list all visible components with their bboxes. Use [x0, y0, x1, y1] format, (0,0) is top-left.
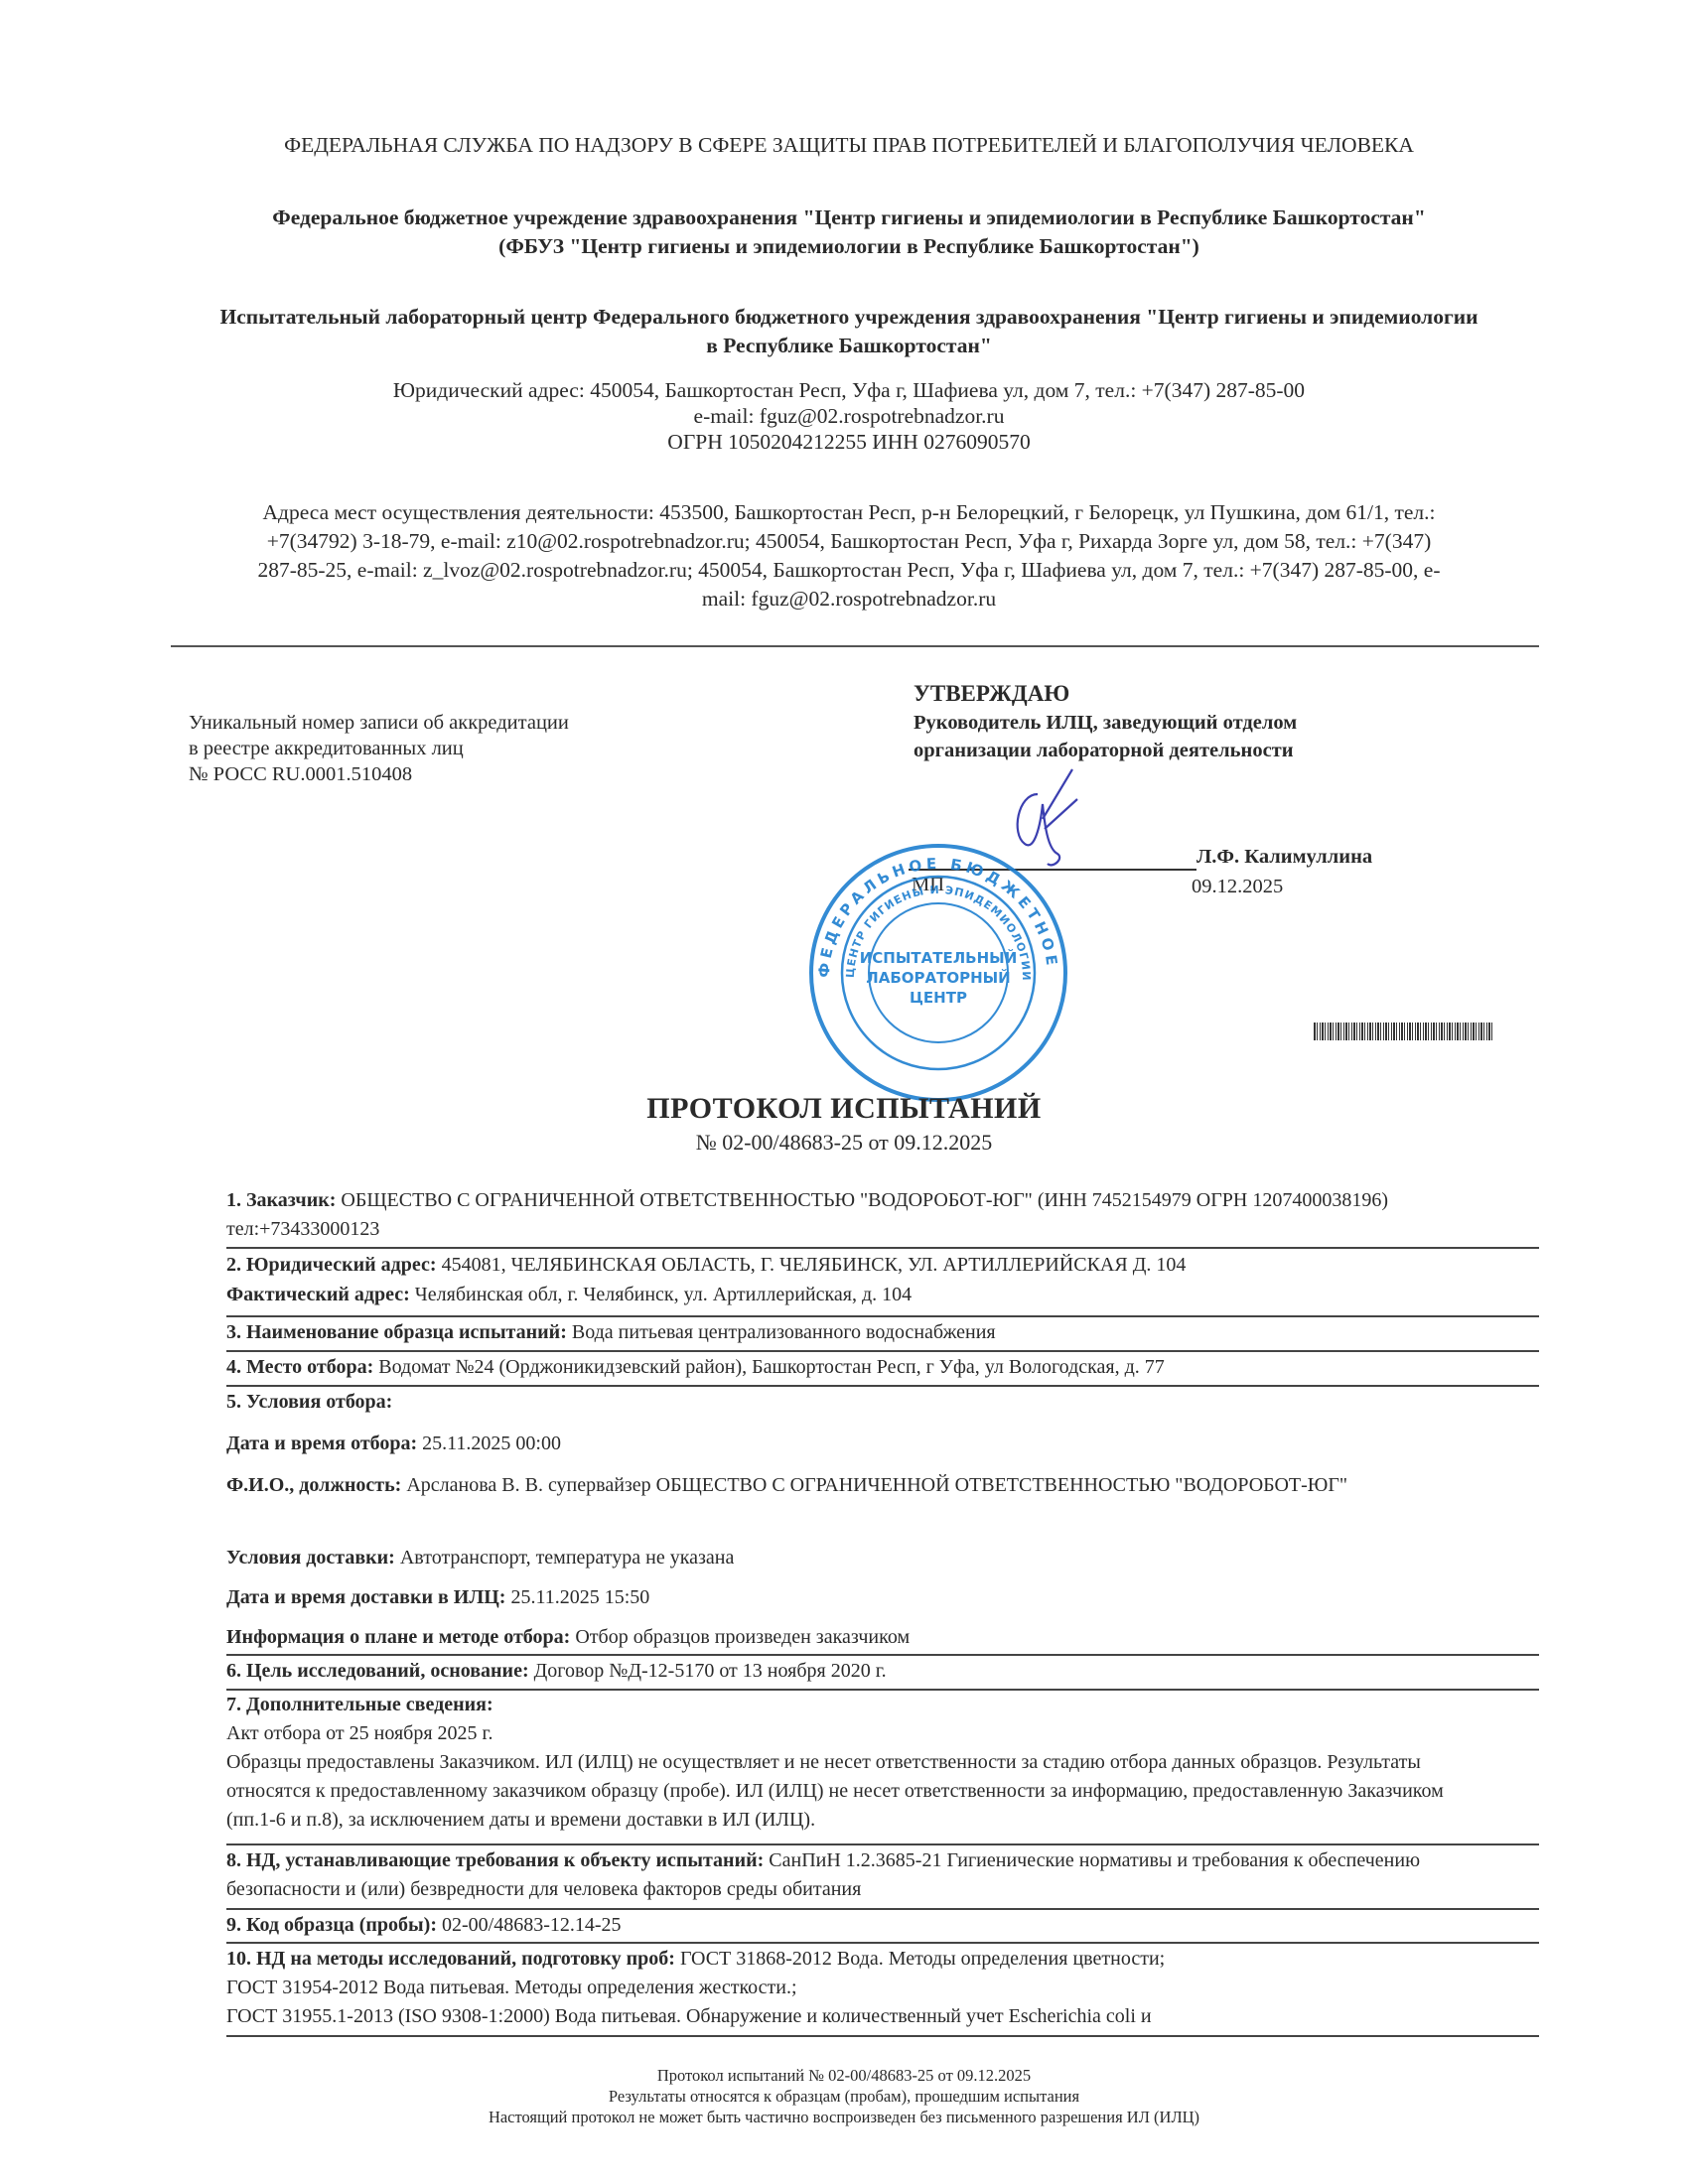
section-label: 9. Код образца (пробы): — [226, 1914, 437, 1936]
approval-title: УТВЕРЖДАЮ — [914, 679, 1297, 709]
section-purpose: 6. Цель исследований, основание: Договор… — [226, 1657, 1507, 1686]
accreditation-number: № РОСС RU.0001.510408 — [189, 761, 569, 787]
approval-position-line2: организации лабораторной деятельности — [914, 737, 1297, 764]
divider — [226, 1247, 1539, 1249]
section-sampling-place: 4. Место отбора: Водомат №24 (Орджоникид… — [226, 1353, 1507, 1382]
approval-position-line1: Руководитель ИЛЦ, заведующий отделом — [914, 709, 1297, 737]
section-value: Вода питьевая централизованного водоснаб… — [567, 1321, 996, 1343]
approval-date: 09.12.2025 — [1192, 876, 1283, 898]
divider — [226, 1908, 1539, 1910]
section-value: 25.11.2025 15:50 — [505, 1586, 649, 1608]
section-requirements-docs: 8. НД, устанавливающие требования к объе… — [226, 1846, 1507, 1904]
divider — [226, 1385, 1539, 1387]
section-label: 6. Цель исследований, основание: — [226, 1660, 529, 1682]
ogrn-inn: ОГРН 1050204212255 ИНН 0276090570 — [218, 429, 1479, 455]
divider — [226, 1942, 1539, 1944]
sampling-act: Акт отбора от 25 ноября 2025 г. — [226, 1719, 1507, 1748]
footer-protocol-ref: Протокол испытаний № 02-00/48683-25 от 0… — [298, 2065, 1390, 2086]
laboratory-name: Испытательный лабораторный центр Федерал… — [218, 303, 1479, 360]
section-label: Ф.И.О., должность: — [226, 1474, 401, 1496]
divider — [226, 2035, 1539, 2037]
barcode — [1314, 1023, 1492, 1040]
section-label: 8. НД, устанавливающие требования к объе… — [226, 1849, 764, 1871]
section-label: Фактический адрес: — [226, 1284, 410, 1305]
section-label: Дата и время отбора: — [226, 1433, 417, 1454]
section-value: 25.11.2025 00:00 — [417, 1433, 561, 1454]
delivery-datetime: Дата и время доставки в ИЛЦ: 25.11.2025 … — [226, 1583, 1507, 1612]
organization-name: Федеральное бюджетное учреждение здравоо… — [218, 204, 1479, 232]
activity-addresses: Адреса мест осуществления деятельности: … — [248, 498, 1450, 614]
section-value: 02-00/48683-12.14-25 — [437, 1914, 622, 1936]
method-item: ГОСТ 31955.1-2013 (ISO 9308-1:2000) Вода… — [226, 2002, 1507, 2031]
section-label: Информация о плане и методе отбора: — [226, 1626, 570, 1648]
seal-stamp-icon: ФЕДЕРАЛЬНОЕ БЮДЖЕТНОЕ УЧРЕЖДЕНИЕ ЗДРАВОО… — [794, 839, 1082, 1107]
sampling-person: Ф.И.О., должность: Арсланова В. В. супер… — [226, 1471, 1507, 1500]
section-value: Арсланова В. В. супервайзер ОБЩЕСТВО С О… — [401, 1474, 1347, 1496]
section-methods-docs: 10. НД на методы исследований, подготовк… — [226, 1945, 1507, 2031]
section-value: Челябинская обл, г. Челябинск, ул. Артил… — [410, 1284, 912, 1305]
organization-short-name: (ФБУЗ "Центр гигиены и эпидемиологии в Р… — [218, 232, 1479, 261]
divider — [226, 1315, 1539, 1317]
accreditation-line2: в реестре аккредитованных лиц — [189, 736, 569, 761]
section-label: 1. Заказчик: — [226, 1189, 336, 1211]
stamp-center-line2: ЛАБОРАТОРНЫЙ — [866, 968, 1010, 987]
footer-results-note: Результаты относятся к образцам (пробам)… — [298, 2086, 1390, 2107]
legal-address: Юридический адрес: 450054, Башкортостан … — [218, 377, 1479, 403]
organization-header: Федеральное бюджетное учреждение здравоо… — [218, 204, 1479, 261]
stamp-center-line1: ИСПЫТАТЕЛЬНЫЙ — [860, 948, 1018, 967]
approver-name: Л.Ф. Калимуллина — [1196, 846, 1372, 869]
approval-block: УТВЕРЖДАЮ Руководитель ИЛЦ, заведующий о… — [914, 679, 1297, 764]
accreditation-block: Уникальный номер записи об аккредитации … — [189, 710, 569, 787]
delivery-conditions: Условия доставки: Автотранспорт, темпера… — [226, 1544, 1507, 1572]
section-additional-info: 7. Дополнительные сведения: Акт отбора о… — [226, 1691, 1507, 1835]
section-label: 5. Условия отбора: — [226, 1391, 392, 1413]
section-sample-name: 3. Наименование образца испытаний: Вода … — [226, 1318, 1507, 1347]
agency-name: ФЕДЕРАЛЬНАЯ СЛУЖБА ПО НАДЗОРУ В СФЕРЕ ЗА… — [218, 131, 1479, 160]
section-actual-address: Фактический адрес: Челябинская обл, г. Ч… — [226, 1281, 1507, 1309]
page-footer: Протокол испытаний № 02-00/48683-25 от 0… — [298, 2065, 1390, 2127]
sampling-datetime: Дата и время отбора: 25.11.2025 00:00 — [226, 1430, 1507, 1458]
section-value: Отбор образцов произведен заказчиком — [570, 1626, 910, 1648]
section-label: 2. Юридический адрес: — [226, 1254, 437, 1276]
sampling-plan-info: Информация о плане и методе отбора: Отбо… — [226, 1623, 1507, 1652]
document-number: № 02-00/48683-25 от 09.12.2025 — [556, 1130, 1132, 1156]
accreditation-line1: Уникальный номер записи об аккредитации — [189, 710, 569, 736]
section-label: 3. Наименование образца испытаний: — [226, 1321, 567, 1343]
section-value: Водомат №24 (Орджоникидзевский район), Б… — [373, 1356, 1165, 1378]
divider — [226, 1843, 1539, 1845]
legal-address-block: Юридический адрес: 450054, Башкортостан … — [218, 377, 1479, 455]
section-value: 454081, ЧЕЛЯБИНСКАЯ ОБЛАСТЬ, Г. ЧЕЛЯБИНС… — [437, 1254, 1187, 1276]
stamp-center-line3: ЦЕНТР — [910, 989, 967, 1007]
divider — [226, 1654, 1539, 1656]
section-value: Договор №Д-12-5170 от 13 ноября 2020 г. — [529, 1660, 887, 1682]
section-customer: 1. Заказчик: ОБЩЕСТВО С ОГРАНИЧЕННОЙ ОТВ… — [226, 1186, 1507, 1244]
org-email: e-mail: fguz@02.rospotrebnadzor.ru — [218, 403, 1479, 429]
section-legal-address: 2. Юридический адрес: 454081, ЧЕЛЯБИНСКА… — [226, 1251, 1507, 1280]
header-divider — [171, 645, 1539, 647]
section-value: ГОСТ 31868-2012 Вода. Методы определения… — [675, 1948, 1165, 1970]
document-title: ПРОТОКОЛ ИСПЫТАНИЙ — [556, 1092, 1132, 1126]
section-label: 7. Дополнительные сведения: — [226, 1694, 493, 1715]
section-sampling-conditions: 5. Условия отбора: — [226, 1388, 1507, 1417]
section-label: 4. Место отбора: — [226, 1356, 373, 1378]
section-label: 10. НД на методы исследований, подготовк… — [226, 1948, 675, 1970]
section-label: Условия доставки: — [226, 1547, 395, 1569]
method-item: ГОСТ 31954-2012 Вода питьевая. Методы оп… — [226, 1974, 1507, 2002]
section-value: ОБЩЕСТВО С ОГРАНИЧЕННОЙ ОТВЕТСТВЕННОСТЬЮ… — [226, 1189, 1388, 1240]
section-sample-code: 9. Код образца (пробы): 02-00/48683-12.1… — [226, 1911, 1507, 1940]
divider — [226, 1350, 1539, 1352]
section-value: Автотранспорт, температура не указана — [395, 1547, 735, 1569]
section-label: Дата и время доставки в ИЛЦ: — [226, 1586, 505, 1608]
additional-info-text: Образцы предоставлены Заказчиком. ИЛ (ИЛ… — [226, 1748, 1507, 1835]
footer-reproduction-note: Настоящий протокол не может быть частичн… — [298, 2107, 1390, 2127]
